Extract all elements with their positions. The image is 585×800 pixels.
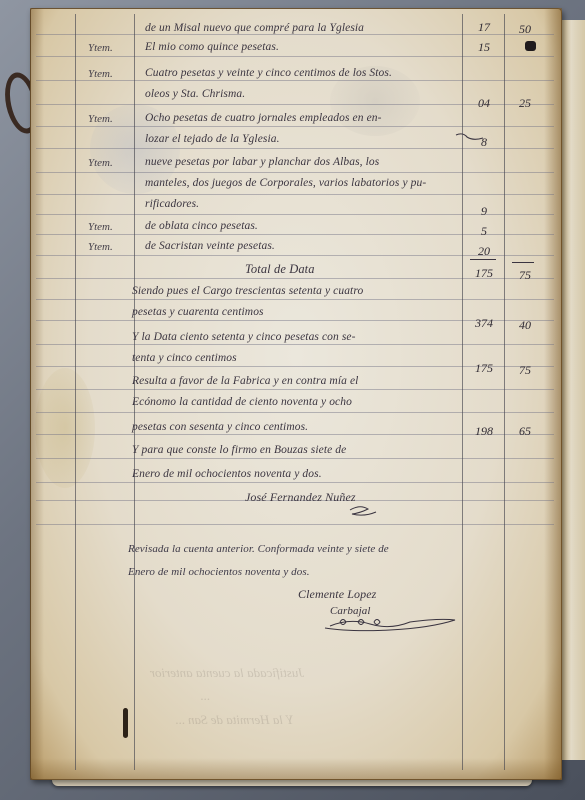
entry-line: El mio como quince pesetas. [145,41,279,53]
ruled-line [36,482,554,483]
ruled-line [36,389,554,390]
amount-pesetas: 17 [466,20,502,35]
ruled-line [36,524,554,525]
bleed-through-text: ... [200,688,210,704]
ruled-line [36,56,554,57]
signature-reviewer-name: Clemente Lopez [298,587,376,602]
margin-rule [75,14,76,770]
signature-priest: José Fernandez Nuñez [245,490,356,505]
ruled-line [36,458,554,459]
water-stain [35,368,95,488]
pesetas-column-rule [462,14,463,770]
total-heading: Total de Data [245,262,315,277]
amount-pesetas: 15 [466,40,502,55]
summary-line: pesetas y cuarenta centimos [132,306,264,318]
ruled-line [36,194,554,195]
ruled-line [36,80,554,81]
entry-line: de un Misal nuevo que compré para la Ygl… [145,22,364,34]
ruled-line [36,412,554,413]
ink-blot [123,708,128,738]
entry-line: rificadores. [145,198,199,210]
sum-underline [512,262,534,263]
item-label: Ytem. [88,241,113,253]
entry-line: Ocho pesetas de cuatro jornales empleado… [145,112,382,124]
amount-centimos: 50 [510,22,540,37]
signature-rubric [348,504,378,518]
ruled-line [36,172,554,173]
amount-pesetas: 5 [466,224,502,239]
summary-line: Resulta a favor de la Fabrica y en contr… [132,375,358,387]
summary-line: Siendo pues el Cargo trescientas setenta… [132,285,363,297]
approval-line: Revisada la cuenta anterior. Conformada … [128,543,389,555]
entry-line: Cuatro pesetas y veinte y cinco centimos… [145,67,392,79]
amount-pesetas: 9 [466,204,502,219]
item-label: Ytem. [88,113,113,125]
entry-line: nueve pesetas por labar y planchar dos A… [145,156,379,168]
ruled-line [36,126,554,127]
summary-line: Ecónomo la cantidad de ciento noventa y … [132,396,352,408]
item-label: Ytem. [88,42,113,54]
data-centimos: 75 [510,363,540,378]
amount-pesetas: 20 [466,244,502,259]
entry-line: de oblata cinco pesetas. [145,220,258,232]
closing-line: Enero de mil ochocientos noventa y dos. [132,468,322,480]
summary-line: tenta y cinco centimos [132,352,237,364]
item-label: Ytem. [88,68,113,80]
ruled-line [36,344,554,345]
data-pesetas: 175 [466,361,502,376]
cargo-centimos: 40 [510,318,540,333]
approval-line: Enero de mil ochocientos noventa y dos. [128,566,310,578]
centimos-column-rule [504,14,505,770]
total-centimos: 75 [510,268,540,283]
closing-line: Y para que conste lo firmo en Bouzas sie… [132,444,346,456]
balance-centimos: 65 [510,424,540,439]
total-pesetas: 175 [466,266,502,281]
entry-line: oleos y Sta. Chrisma. [145,88,245,100]
ink-blot [525,41,536,51]
cargo-pesetas: 374 [466,316,502,331]
entry-line: lozar el tejado de la Yglesia. [145,133,280,145]
bleed-through-text: Y la Hermita de San ... [175,712,293,728]
bleed-through-text: Justificada la cuenta anterior [150,665,304,681]
item-column-rule [134,14,135,770]
next-page-edge [562,20,585,760]
summary-line: Y la Data ciento setenta y cinco pesetas… [132,331,356,343]
signature-rubric [310,612,460,636]
summary-line: pesetas con sesenta y cinco centimos. [132,421,308,433]
amount-centimos: 25 [510,96,540,111]
item-label: Ytem. [88,221,113,233]
item-label: Ytem. [88,157,113,169]
entry-line: de Sacristan veinte pesetas. [145,240,275,252]
sum-underline [470,259,496,260]
ruled-line [36,299,554,300]
flourish-mark [455,131,485,143]
entry-line: manteles, dos juegos de Corporales, vari… [145,177,426,189]
balance-pesetas: 198 [466,424,502,439]
amount-pesetas: 04 [466,96,502,111]
